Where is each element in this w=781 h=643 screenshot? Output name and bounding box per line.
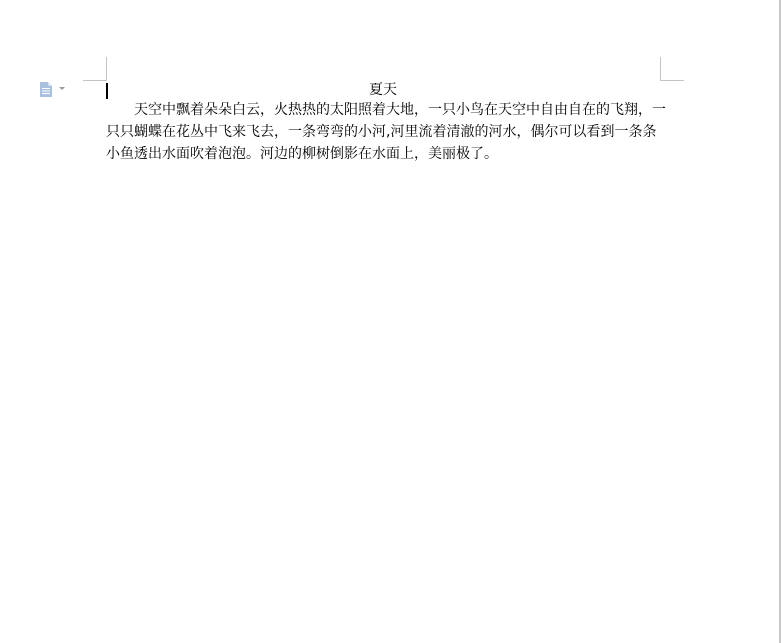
margin-corner-top-left-horizontal — [83, 80, 107, 81]
paragraph-line: 只只蝴蝶在花丛中飞来飞去，一条弯弯的小河,河里流着清澈的河水，偶尔可以看到一条条 — [106, 123, 656, 141]
paragraph-line: 小鱼透出水面吹着泡泡。河边的柳树倒影在水面上，美丽极了。 — [106, 145, 498, 163]
margin-corner-top-right-horizontal — [660, 80, 684, 81]
chevron-down-icon — [59, 87, 65, 90]
paste-options-button[interactable] — [36, 79, 68, 101]
paragraph-line: 天空中飘着朵朵白云，火热热的太阳照着大地，一只小鸟在天空中自由自在的飞翔，一 — [134, 101, 666, 119]
document-title: 夏天 — [106, 81, 660, 99]
margin-corner-top-left-vertical — [106, 57, 107, 81]
document-page[interactable]: 夏天 天空中飘着朵朵白云，火热热的太阳照着大地，一只小鸟在天空中自由自在的飞翔，… — [0, 0, 779, 643]
document-icon — [40, 82, 52, 97]
margin-corner-top-right-vertical — [660, 57, 661, 81]
